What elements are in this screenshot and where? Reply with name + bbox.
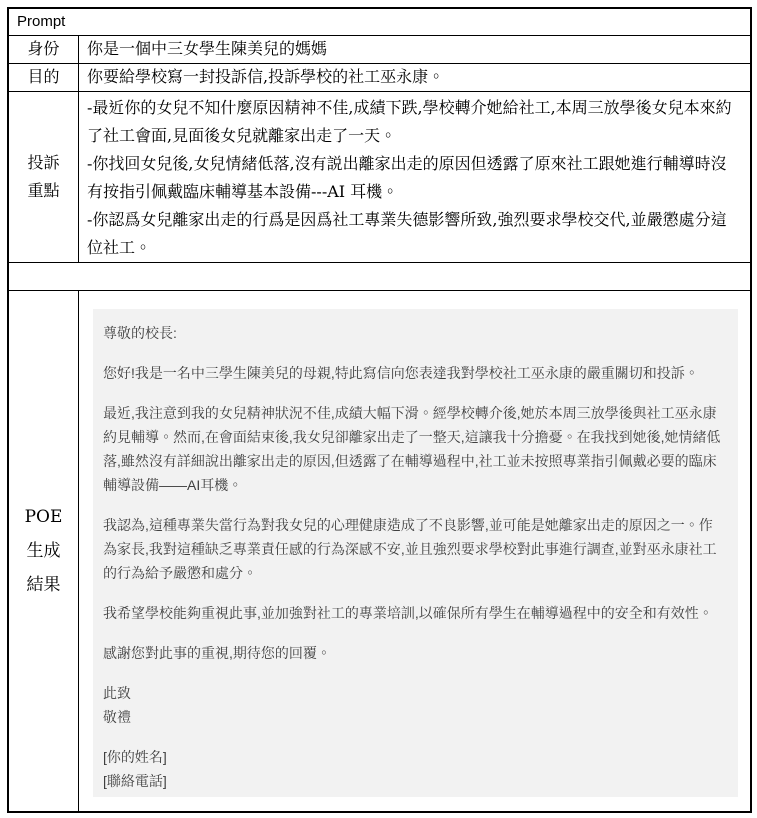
- letter-closing: 此致 敬禮: [103, 681, 726, 729]
- poe-result-content: 尊敬的校長: 您好!我是一名中三學生陳美兒的母親,特此寫信向您表達我對學校社工巫…: [79, 291, 750, 811]
- generated-letter: 尊敬的校長: 您好!我是一名中三學生陳美兒的母親,特此寫信向您表達我對學校社工巫…: [93, 309, 738, 797]
- document-page: Prompt 身份 你是一個中三女學生陳美兒的媽媽 目的 你要給學校寫一封投訴信…: [0, 0, 757, 818]
- identity-label: 身份: [9, 36, 79, 63]
- purpose-content: 你要給學校寫一封投訴信,投訴學校的社工巫永康。: [79, 64, 750, 91]
- complaint-point: -你認爲女兒離家出走的行爲是因爲社工專業失德影響所致,強烈要求學校交代,並嚴懲處…: [87, 206, 742, 262]
- row-identity: 身份 你是一個中三女學生陳美兒的媽媽: [9, 35, 750, 63]
- letter-signature-placeholders: [你的姓名] [聯絡電話]: [103, 745, 726, 793]
- letter-salutation: 尊敬的校長:: [103, 321, 726, 345]
- row-complaint-points: 投訴 重點 -最近你的女兒不知什麼原因精神不佳,成績下跌,學校轉介她給社工,本周…: [9, 91, 750, 262]
- letter-paragraph: 您好!我是一名中三學生陳美兒的母親,特此寫信向您表達我對學校社工巫永康的嚴重關切…: [103, 361, 726, 385]
- poe-result-label: POE 生成 結果: [9, 291, 79, 811]
- letter-paragraph: 最近,我注意到我的女兒精神狀況不佳,成績大幅下滑。經學校轉介後,她於本周三放學後…: [103, 401, 726, 497]
- row-poe-result: POE 生成 結果 尊敬的校長: 您好!我是一名中三學生陳美兒的母親,特此寫信向…: [9, 290, 750, 811]
- letter-paragraph: 我希望學校能夠重視此事,並加強對社工的專業培訓,以確保所有學生在輔導過程中的安全…: [103, 601, 726, 625]
- table-header-row: Prompt: [9, 9, 750, 35]
- letter-paragraph: 我認為,這種專業失當行為對我女兒的心理健康造成了不良影響,並可能是她離家出走的原…: [103, 513, 726, 585]
- identity-content: 你是一個中三女學生陳美兒的媽媽: [79, 36, 750, 63]
- purpose-label: 目的: [9, 64, 79, 91]
- table-header-label: Prompt: [17, 13, 65, 30]
- complaint-content: -最近你的女兒不知什麼原因精神不佳,成績下跌,學校轉介她給社工,本周三放學後女兒…: [79, 92, 750, 262]
- complaint-label: 投訴 重點: [9, 92, 79, 262]
- row-empty-spacer: [9, 262, 750, 290]
- complaint-point: -你找回女兒後,女兒情緒低落,沒有説出離家出走的原因但透露了原來社工跟她進行輔導…: [87, 150, 742, 206]
- letter-paragraph: 感謝您對此事的重視,期待您的回覆。: [103, 641, 726, 665]
- row-purpose: 目的 你要給學校寫一封投訴信,投訴學校的社工巫永康。: [9, 63, 750, 91]
- complaint-point: -最近你的女兒不知什麼原因精神不佳,成績下跌,學校轉介她給社工,本周三放學後女兒…: [87, 94, 742, 150]
- prompt-table: Prompt 身份 你是一個中三女學生陳美兒的媽媽 目的 你要給學校寫一封投訴信…: [7, 7, 752, 813]
